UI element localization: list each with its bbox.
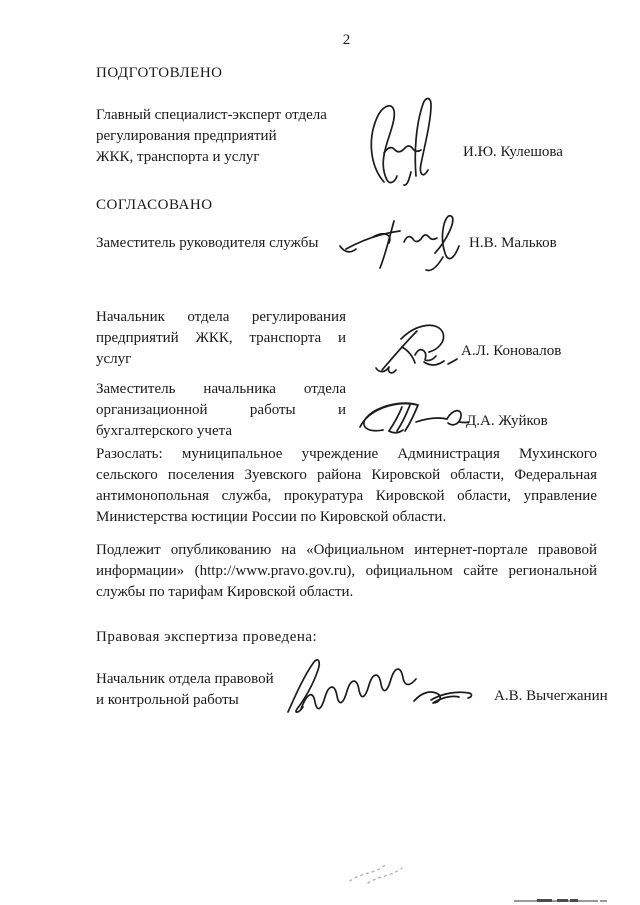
signer-role-konovalov: Начальник отдела регулирования предприят… xyxy=(96,307,346,370)
role-line: регулирования предприятий xyxy=(96,126,346,147)
scan-artifact-segment xyxy=(537,899,552,902)
distribution-paragraph: Разослать: муниципальное учреждение Адми… xyxy=(96,444,597,528)
role-line: бухгалтерского учета xyxy=(96,421,346,442)
role-line: услуг xyxy=(96,349,346,370)
role-line: организационной работы и xyxy=(96,400,346,421)
role-line: Начальник отдела регулирования xyxy=(96,307,346,328)
signature-zhuikov xyxy=(356,396,472,438)
page-number: 2 xyxy=(96,30,597,51)
legal-review-note: Правовая экспертиза проведена: xyxy=(96,627,317,648)
signature-kuleshova xyxy=(364,96,440,188)
prepared-heading: ПОДГОТОВЛЕНО xyxy=(96,63,223,84)
role-line: Заместитель руководителя службы xyxy=(96,233,346,254)
publication-paragraph: Подлежит опубликованию на «Официальном и… xyxy=(96,540,597,603)
scan-artifact-line xyxy=(514,900,598,902)
signer-name-konovalov: А.Л. Коновалов xyxy=(461,341,561,362)
faint-pencil-mark xyxy=(346,855,418,887)
signature-konovalov xyxy=(372,320,462,378)
signer-name-zhuikov: Д.А. Жуйков xyxy=(466,411,548,432)
role-line: ЖКК, транспорта и услуг xyxy=(96,147,346,168)
signer-name-vychegzhanin: А.В. Вычегжанин xyxy=(494,686,608,707)
signature-malkov xyxy=(338,212,475,276)
role-line: Заместитель начальника отдела xyxy=(96,379,346,400)
signer-role-malkov: Заместитель руководителя службы xyxy=(96,233,346,254)
signer-role-kuleshova: Главный специалист-эксперт отдела регули… xyxy=(96,105,346,168)
signer-role-zhuikov: Заместитель начальника отдела организаци… xyxy=(96,379,346,442)
scan-artifact-segment xyxy=(570,899,578,902)
role-line: предприятий ЖКК, транспорта и xyxy=(96,328,346,349)
role-line: Главный специалист-эксперт отдела xyxy=(96,105,346,126)
document-page: 2 ПОДГОТОВЛЕНО Главный специалист-экспер… xyxy=(0,0,640,905)
signer-name-malkov: Н.В. Мальков xyxy=(469,233,557,254)
signer-name-kuleshova: И.Ю. Кулешова xyxy=(463,142,563,163)
approved-heading: СОГЛАСОВАНО xyxy=(96,195,213,216)
scan-artifact-segment xyxy=(557,899,568,902)
scan-artifact-segment xyxy=(600,900,607,902)
signature-vychegzhanin xyxy=(283,658,478,716)
